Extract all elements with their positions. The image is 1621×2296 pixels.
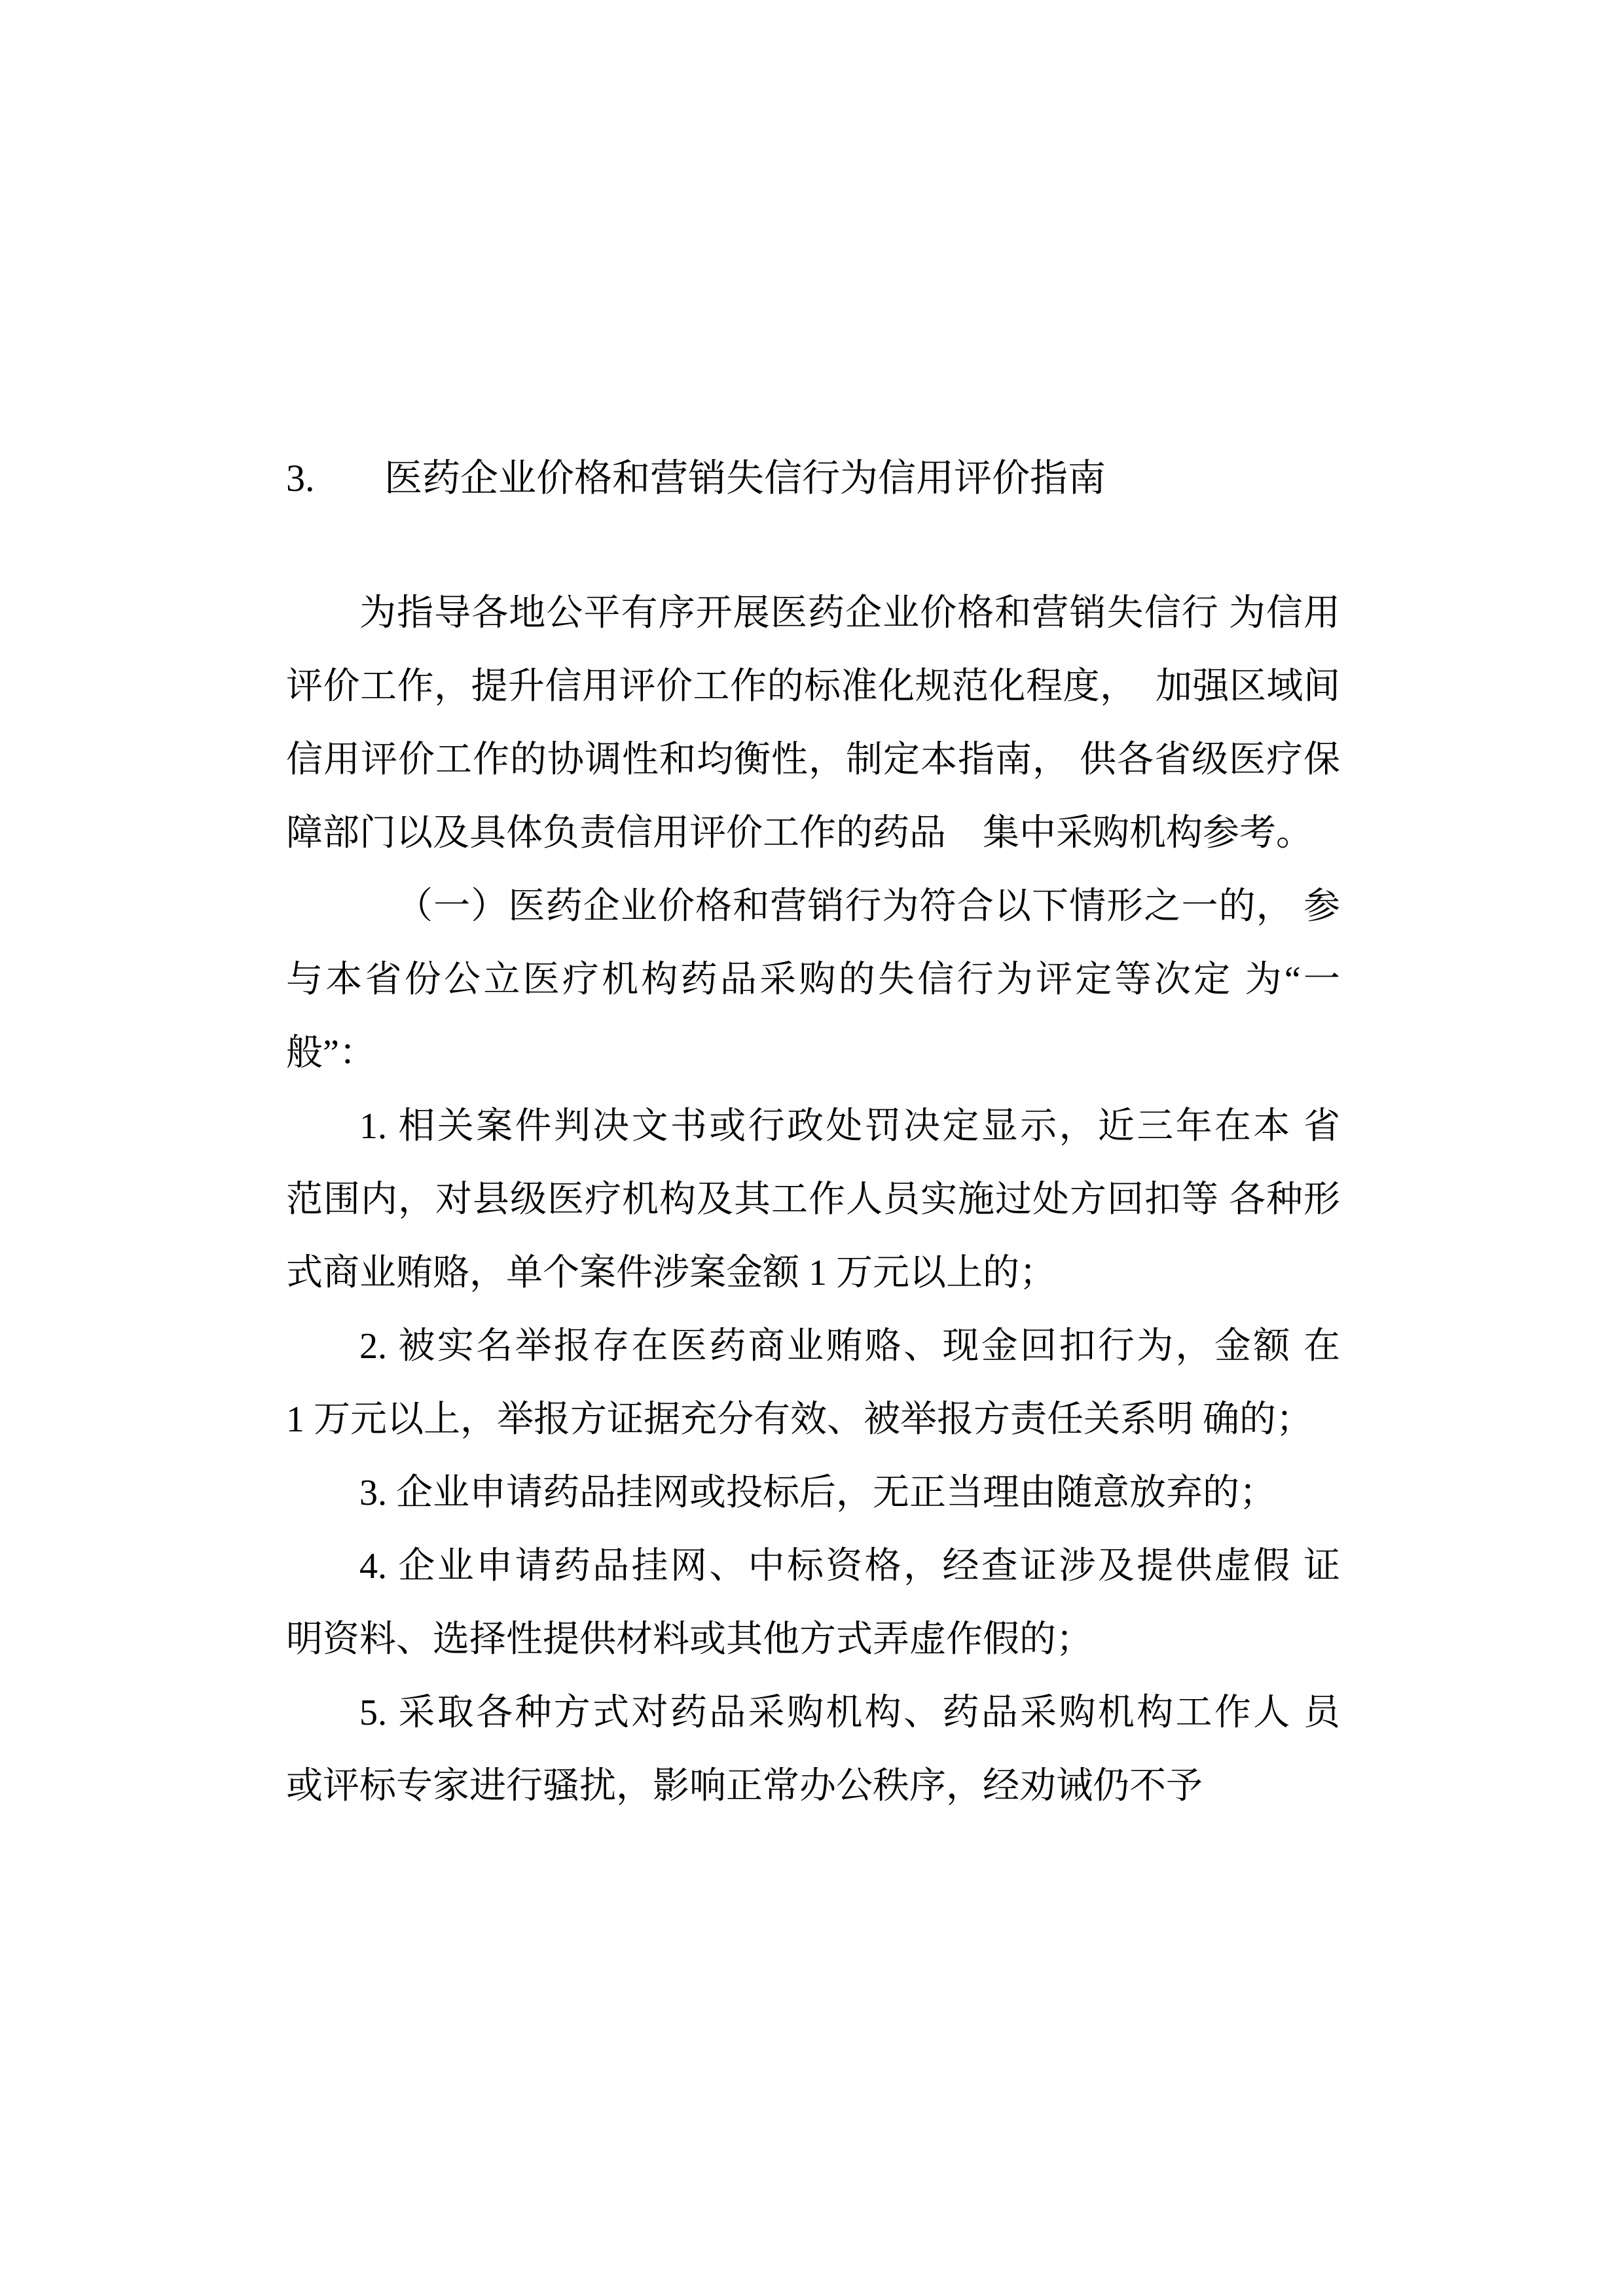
heading-text: 医药企业价格和营销失信行为信用评价指南	[384, 457, 1106, 499]
text-line: 2. 被实名举报存在医药商业贿赂、现金回扣行为，金额 在	[286, 1310, 1340, 1383]
text-line: 1. 相关案件判决文书或行政处罚决定显示，近三年在本 省	[286, 1090, 1340, 1163]
document-body: 为指导各地公平有序开展医药企业价格和营销失信行 为信用 评价工作，提升信用评价工…	[286, 577, 1340, 1823]
paragraph-item-5: 5. 采取各种方式对药品采购机构、药品采购机构工作人 员 或评标专家进行骚扰，影…	[286, 1676, 1340, 1823]
paragraph-item-1: 1. 相关案件判决文书或行政处罚决定显示，近三年在本 省 范围内，对县级医疗机构…	[286, 1090, 1340, 1310]
text-line: 为指导各地公平有序开展医药企业价格和营销失信行 为信用	[286, 577, 1340, 650]
text-line: 3. 企业申请药品挂网或投标后，无正当理由随意放弃的；	[286, 1456, 1340, 1530]
paragraph-item-3: 3. 企业申请药品挂网或投标后，无正当理由随意放弃的；	[286, 1456, 1340, 1530]
text-line: 或评标专家进行骚扰，影响正常办公秩序，经劝诫仍不予	[286, 1749, 1340, 1823]
text-line: 评价工作，提升信用评价工作的标准化规范化程度， 加强区域间	[286, 650, 1340, 723]
text-line: 1 万元以上，举报方证据充分有效、被举报方责任关系明 确的；	[286, 1383, 1340, 1456]
text-line: 范围内，对县级医疗机构及其工作人员实施过处方回扣等 各种形	[286, 1163, 1340, 1236]
paragraph-item-2: 2. 被实名举报存在医药商业贿赂、现金回扣行为，金额 在 1 万元以上，举报方证…	[286, 1310, 1340, 1456]
text-line: 5. 采取各种方式对药品采购机构、药品采购机构工作人 员	[286, 1676, 1340, 1749]
text-line: 障部门以及具体负责信用评价工作的药品 集中采购机构参考。	[286, 797, 1340, 870]
text-line: 信用评价工作的协调性和均衡性，制定本指南， 供各省级医疗保	[286, 723, 1340, 797]
text-line: （一）医药企业价格和营销行为符合以下情形之一的， 参	[286, 870, 1340, 943]
text-line: 明资料、选择性提供材料或其他方式弄虚作假的；	[286, 1603, 1340, 1676]
document-page: 3.医药企业价格和营销失信行为信用评价指南 为指导各地公平有序开展医药企业价格和…	[0, 0, 1621, 2296]
text-line: 般”：	[286, 1016, 1340, 1090]
text-line: 式商业贿赂，单个案件涉案金额 1 万元以上的；	[286, 1236, 1340, 1310]
paragraph-intro: 为指导各地公平有序开展医药企业价格和营销失信行 为信用 评价工作，提升信用评价工…	[286, 577, 1340, 870]
paragraph-item-4: 4. 企业申请药品挂网、中标资格，经查证涉及提供虚假 证 明资料、选择性提供材料…	[286, 1530, 1340, 1676]
text-line: 与本省份公立医疗机构药品采购的失信行为评定等次定 为“一	[286, 943, 1340, 1016]
paragraph-section-yi: （一）医药企业价格和营销行为符合以下情形之一的， 参 与本省份公立医疗机构药品采…	[286, 870, 1340, 1090]
text-line: 4. 企业申请药品挂网、中标资格，经查证涉及提供虚假 证	[286, 1530, 1340, 1603]
section-heading: 3.医药企业价格和营销失信行为信用评价指南	[286, 442, 1340, 515]
heading-number: 3.	[286, 442, 384, 515]
